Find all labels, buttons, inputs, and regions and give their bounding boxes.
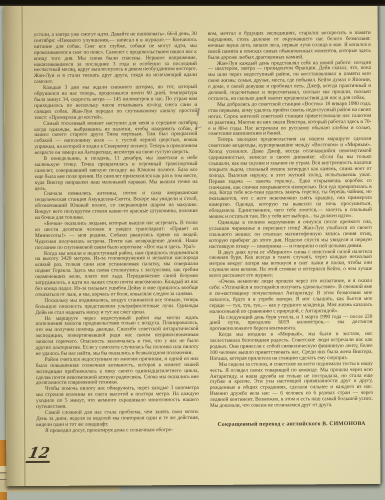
paragraph: Я проводил досуг, проектируя дома с солн… [36,428,199,435]
paragraph: Мы добрались до советской станции «Восто… [208,102,371,138]
paragraph: устали, а завтра уже смогут идти. Давайт… [34,32,197,86]
right-column-paragraphs: вом, мечтал о будущих экспедициях, стара… [208,31,373,410]
right-text-column: вом, мечтал о будущих экспедициях, стара… [208,31,373,434]
article-text-block: устали, а завтра уже смогут идти. Давайт… [34,31,373,435]
left-text-column: устали, а завтра уже смогут идти. Давайт… [34,32,199,435]
binding-crease [4,5,26,486]
paragraph: На маршруте через недоступный район мы м… [35,315,198,357]
magazine-page: устали, а завтра уже смогут идти. Давайт… [4,3,381,486]
paragraph: Однажды в полном недоумении я очнулся по… [209,220,372,251]
paragraph: Самой сложной для нас стала проблема, че… [36,410,199,429]
paragraph: Теперь закладки продовольствия на нашем … [208,137,372,221]
paragraph: Самый тоскливый момент наступил для меня… [34,121,197,157]
paragraph: В понедельник, в полдень, 11 декабря, мы… [34,156,197,192]
translation-credit: Сокращенный перевод с английского В. СИМ… [210,422,373,429]
paragraph: Мы сидели за столом, и советские коллеги… [210,362,373,410]
paragraph: Когда мы входили в «Мирный», мы были в э… [210,332,373,363]
paragraph: «Бочки» оказались людьми, которые вышли … [35,221,198,252]
paragraph: В двух днях пути от «Мирного» снова с не… [209,249,372,280]
scanned-magazine-page: устали, а завтра уже смогут идти. Давайт… [0,0,385,500]
paragraph: Район считался недоступным по многим при… [36,357,199,388]
scanner-edge-strip [0,0,385,6]
paragraph: «Очень немногие люди прошли через это ис… [209,279,372,315]
paragraph: Когда мы вошли в недоступный район, нам … [35,250,198,298]
paragraph: Жан-Луи каждый день представлял себя на … [208,60,371,102]
paragraph: вом, мечтал о будущих экспедициях, стара… [208,31,371,62]
paragraph: Каждые 3 дня мы ждали снежного шторма, н… [34,85,197,121]
paragraph: Поскольку мы поднимались, воздух станови… [35,298,198,317]
paragraph: Сначала появились антенны, потом и сама … [35,191,198,222]
paragraph: Чтобы помочь пилоту нас обнаружить, чере… [36,386,199,411]
page-number: 12 [26,446,53,463]
